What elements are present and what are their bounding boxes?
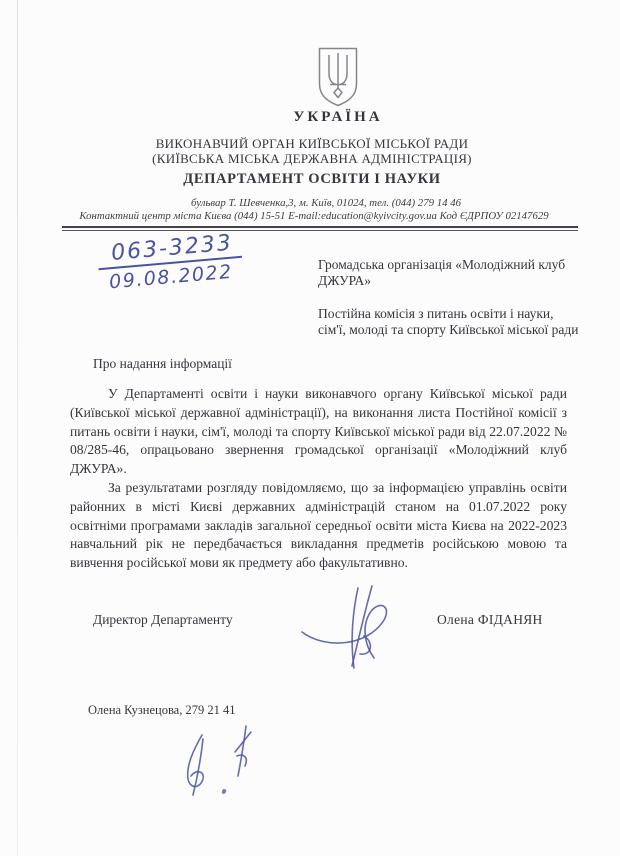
org-name-line1: ВИКОНАВЧИЙ ОРГАН КИЇВСЬКОЇ МІСЬКОЇ РАДИ	[2, 136, 620, 152]
handwritten-registration-block: 063-3233 09.08.2022	[96, 231, 243, 293]
pen-mark-icon	[230, 722, 258, 780]
letter-body: У Департаменті освіти і науки виконавчог…	[70, 385, 567, 573]
signer-title: Директор Департаменту	[93, 612, 233, 628]
address-line-2: Контактний центр міста Києва (044) 15-51…	[4, 210, 620, 222]
address-line-1: бульвар Т. Шевченка,3, м. Київ, 01024, т…	[16, 197, 620, 209]
pen-mark-icon	[172, 731, 220, 799]
body-paragraph-1: У Департаменті освіти і науки виконавчог…	[70, 385, 567, 479]
executor-contact: Олена Кузнецова, 279 21 41	[88, 703, 235, 718]
recipient-gap	[318, 289, 582, 306]
director-signature-icon	[283, 584, 413, 672]
recipient-commission: Постійна комісія з питань освіти і науки…	[318, 306, 582, 338]
country-name: УКРАЇНА	[28, 109, 620, 126]
letterhead-divider	[62, 226, 578, 231]
department-name: ДЕПАРТАМЕНТ ОСВІТИ І НАУКИ	[2, 171, 620, 188]
signer-name: Олена ФІДАНЯН	[437, 612, 543, 628]
body-paragraph-2: За результатами розгляду повідомляємо, щ…	[70, 479, 567, 573]
subject-line: Про надання інформації	[93, 356, 232, 372]
scanned-letter-page: УКРАЇНА ВИКОНАВЧИЙ ОРГАН КИЇВСЬКОЇ МІСЬК…	[0, 0, 620, 856]
recipient-org: Громадська організація «Молодіжний клуб …	[318, 257, 582, 289]
scan-page-edge	[17, 0, 18, 856]
recipient-block: Громадська організація «Молодіжний клуб …	[318, 257, 582, 338]
org-name-line2: (КИЇВСЬКА МІСЬКА ДЕРЖАВНА АДМІНІСТРАЦІЯ)	[2, 151, 620, 167]
ink-dot	[221, 788, 226, 794]
coat-of-arms-icon	[316, 46, 360, 108]
